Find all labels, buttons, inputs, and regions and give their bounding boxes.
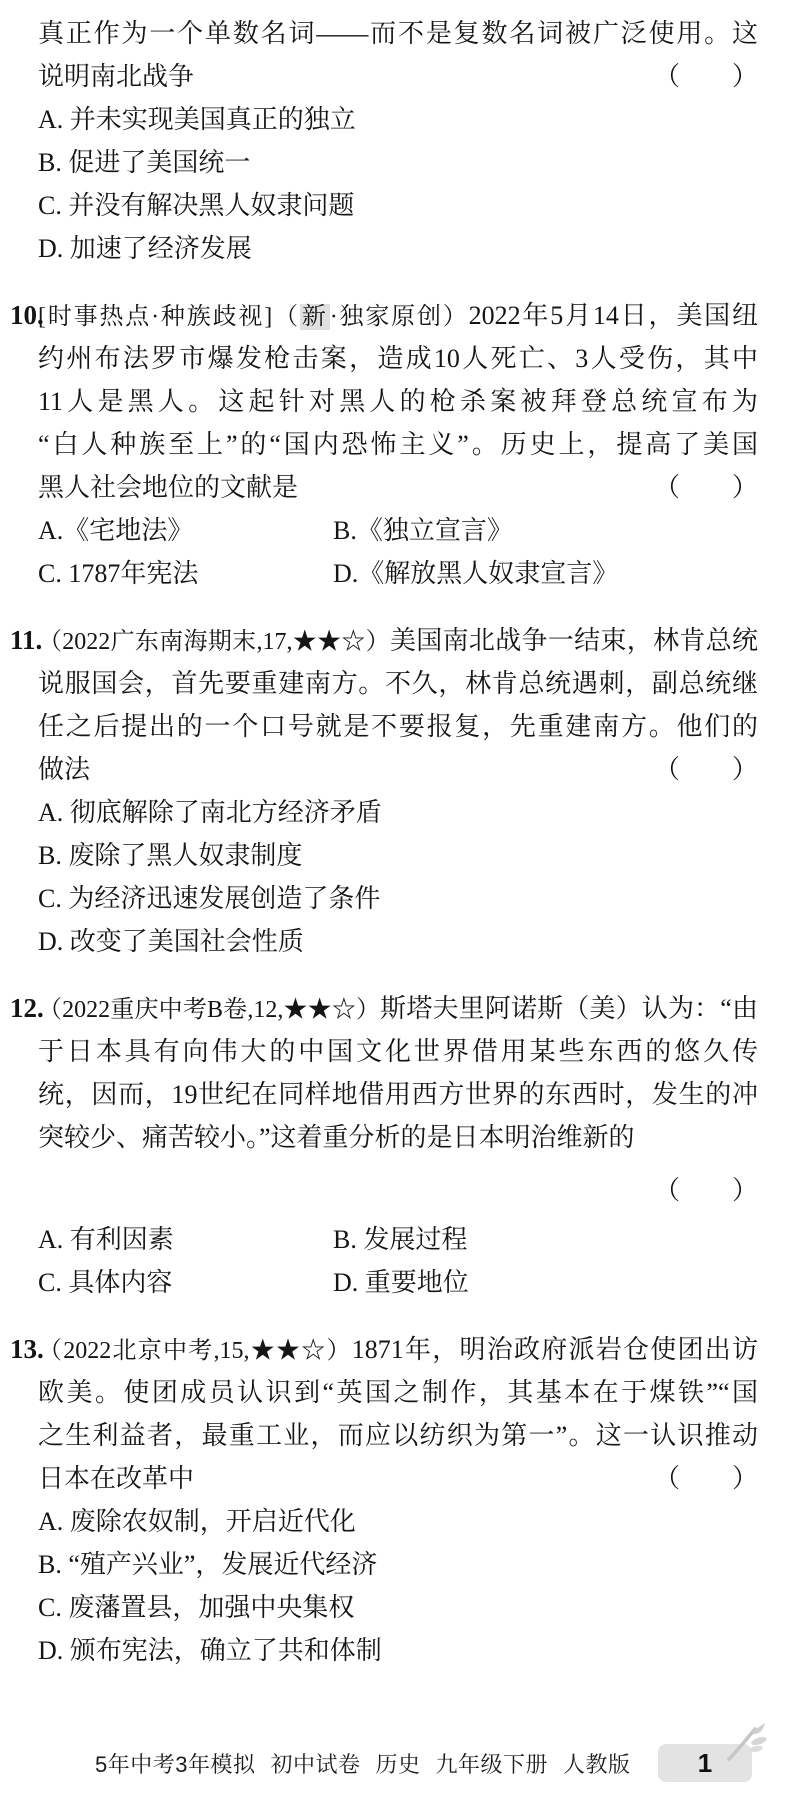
footer-book-info: 5年中考3年模拟 初中试卷 历史 九年级下册 人教版	[95, 1748, 631, 1779]
page-number-badge: 1	[658, 1744, 752, 1782]
footer-series: 5年中考3年模拟	[95, 1748, 255, 1779]
option-d: D. 重要地位	[333, 1261, 758, 1304]
source-open: （	[272, 304, 300, 330]
option-c: C. 并没有解决黑人奴隶问题	[38, 184, 758, 227]
stem-line: “白人种族至上”的“国内恐怖主义”。历史上，提高了美国	[38, 423, 758, 466]
stem-text: 斯塔夫里阿诺斯（美）认为：“由	[380, 994, 758, 1023]
footer-subject: 历史	[376, 1748, 421, 1779]
stem-line: 说服国会，首先要重建南方。不久，林肯总统遇刺，副总统继	[38, 662, 758, 705]
topic-tag: [时事热点·种族歧视]	[38, 304, 272, 330]
stem-end-line: 说明南北战争 （ ）	[38, 55, 758, 98]
stem-line: [时事热点·种族歧视]（新·独家原创）2022年5月14日，美国纽	[38, 294, 758, 337]
stem-line: （2022广东南海期末,17,★★☆）美国南北战争一结束，林肯总统	[38, 619, 758, 662]
option-b: B. “殖产兴业”，发展近代经济	[38, 1543, 758, 1586]
option-a: A. 彻底解除了南北方经济矛盾	[38, 791, 758, 834]
stem-line: 欧美。使团成员认识到“英国之制作，其基本在于煤铁”“国	[38, 1371, 758, 1414]
stem-text: 美国南北战争一结束，林肯总统	[390, 626, 758, 655]
option-c: C. 废藩置县，加强中央集权	[38, 1586, 758, 1629]
options-grid: A. 有利因素 B. 发展过程 C. 具体内容 D. 重要地位	[38, 1218, 758, 1304]
stem-text: 做法	[38, 748, 90, 791]
stem-end-line: 日本在改革中 （ ）	[38, 1457, 758, 1500]
option-d: D. 加速了经济发展	[38, 227, 758, 270]
option-d: D. 颁布宪法，确立了共和体制	[38, 1629, 758, 1672]
stem-line: 突较少、痛苦较小。”这着重分析的是日本明治维新的	[38, 1116, 758, 1159]
question-13: 13. （2022北京中考,15,★★☆）1871年，明治政府派岩仓使团出访 欧…	[38, 1328, 758, 1672]
answer-bracket: （ ）	[654, 466, 758, 509]
stem-line: 任之后提出的一个口号就是不要报复，先重建南方。他们的	[38, 705, 758, 748]
option-a: A. 并未实现美国真正的独立	[38, 98, 758, 141]
source-tag: （2022北京中考,15,★★☆）	[38, 1338, 352, 1364]
question-11: 11. （2022广东南海期末,17,★★☆）美国南北战争一结束，林肯总统 说服…	[38, 619, 758, 963]
stem-line: 约州布法罗市爆发枪击案，造成10人死亡、3人受伤，其中	[38, 337, 758, 380]
footer-paper-type: 初中试卷	[270, 1748, 360, 1779]
leaf-decoration-icon	[723, 1721, 769, 1761]
question-9-continuation: 真正作为一个单数名词——而不是复数名词被广泛使用。这 说明南北战争 （ ） A.…	[38, 12, 758, 270]
source-tag: （2022重庆中考B卷,12,★★☆）	[38, 997, 380, 1023]
answer-bracket: （ ）	[654, 1457, 758, 1500]
option-a: A.《宅地法》	[38, 509, 333, 552]
option-a: A. 废除农奴制，开启近代化	[38, 1500, 758, 1543]
answer-bracket: （ ）	[654, 748, 758, 791]
source-highlight-new: 新	[300, 304, 330, 330]
stem-text: 黑人社会地位的文献是	[38, 466, 298, 509]
answer-bracket: （ ）	[654, 1169, 758, 1212]
source-rest: ·独家原创）	[330, 304, 469, 330]
stem-text: 1871年，明治政府派岩仓使团出访	[352, 1335, 758, 1364]
question-number: 10.	[10, 294, 44, 337]
question-12: 12. （2022重庆中考B卷,12,★★☆）斯塔夫里阿诺斯（美）认为：“由 于…	[38, 987, 758, 1304]
stem-text: 2022年5月14日，美国纽	[469, 301, 758, 330]
question-number: 11.	[10, 619, 42, 662]
option-a: A. 有利因素	[38, 1218, 333, 1261]
source-tag: （2022广东南海期末,17,★★☆）	[38, 629, 390, 655]
option-b: B.《独立宣言》	[333, 509, 758, 552]
page-footer: 5年中考3年模拟 初中试卷 历史 九年级下册 人教版 1	[0, 1744, 800, 1782]
answer-bracket: （ ）	[654, 55, 758, 98]
stem-text: 日本在改革中	[38, 1457, 194, 1500]
option-c: C. 具体内容	[38, 1261, 333, 1304]
option-b: B. 发展过程	[333, 1218, 758, 1261]
footer-grade: 九年级下册	[436, 1748, 549, 1779]
option-b: B. 促进了美国统一	[38, 141, 758, 184]
option-c: C. 1787年宪法	[38, 552, 333, 595]
question-number: 13.	[10, 1328, 44, 1371]
stem-end-line: 做法 （ ）	[38, 748, 758, 791]
exam-page: 真正作为一个单数名词——而不是复数名词被广泛使用。这 说明南北战争 （ ） A.…	[0, 0, 800, 1799]
stem-line: 真正作为一个单数名词——而不是复数名词被广泛使用。这	[38, 12, 758, 55]
question-10: 10. [时事热点·种族歧视]（新·独家原创）2022年5月14日，美国纽 约州…	[38, 294, 758, 595]
stem-line: 统，因而，19世纪在同样地借用西方世界的东西时，发生的冲	[38, 1073, 758, 1116]
options-grid: A.《宅地法》 B.《独立宣言》 C. 1787年宪法 D.《解放黑人奴隶宣言》	[38, 509, 758, 595]
stem-line: （2022重庆中考B卷,12,★★☆）斯塔夫里阿诺斯（美）认为：“由	[38, 987, 758, 1030]
answer-bracket-line: （ ）	[38, 1169, 758, 1212]
question-number: 12.	[10, 987, 44, 1030]
stem-line: 于日本具有向伟大的中国文化世界借用某些东西的悠久传	[38, 1030, 758, 1073]
option-c: C. 为经济迅速发展创造了条件	[38, 877, 758, 920]
stem-line: （2022北京中考,15,★★☆）1871年，明治政府派岩仓使团出访	[38, 1328, 758, 1371]
stem-end-line: 黑人社会地位的文献是 （ ）	[38, 466, 758, 509]
stem-text: 说明南北战争	[38, 55, 194, 98]
option-d: D.《解放黑人奴隶宣言》	[333, 552, 758, 595]
option-b: B. 废除了黑人奴隶制度	[38, 834, 758, 877]
stem-line: 之生利益者，最重工业，而应以纺织为第一”。这一认识推动	[38, 1414, 758, 1457]
footer-edition: 人教版	[563, 1748, 631, 1779]
option-d: D. 改变了美国社会性质	[38, 920, 758, 963]
stem-line: 11人是黑人。这起针对黑人的枪杀案被拜登总统宣布为	[38, 380, 758, 423]
page-number: 1	[698, 1748, 712, 1779]
